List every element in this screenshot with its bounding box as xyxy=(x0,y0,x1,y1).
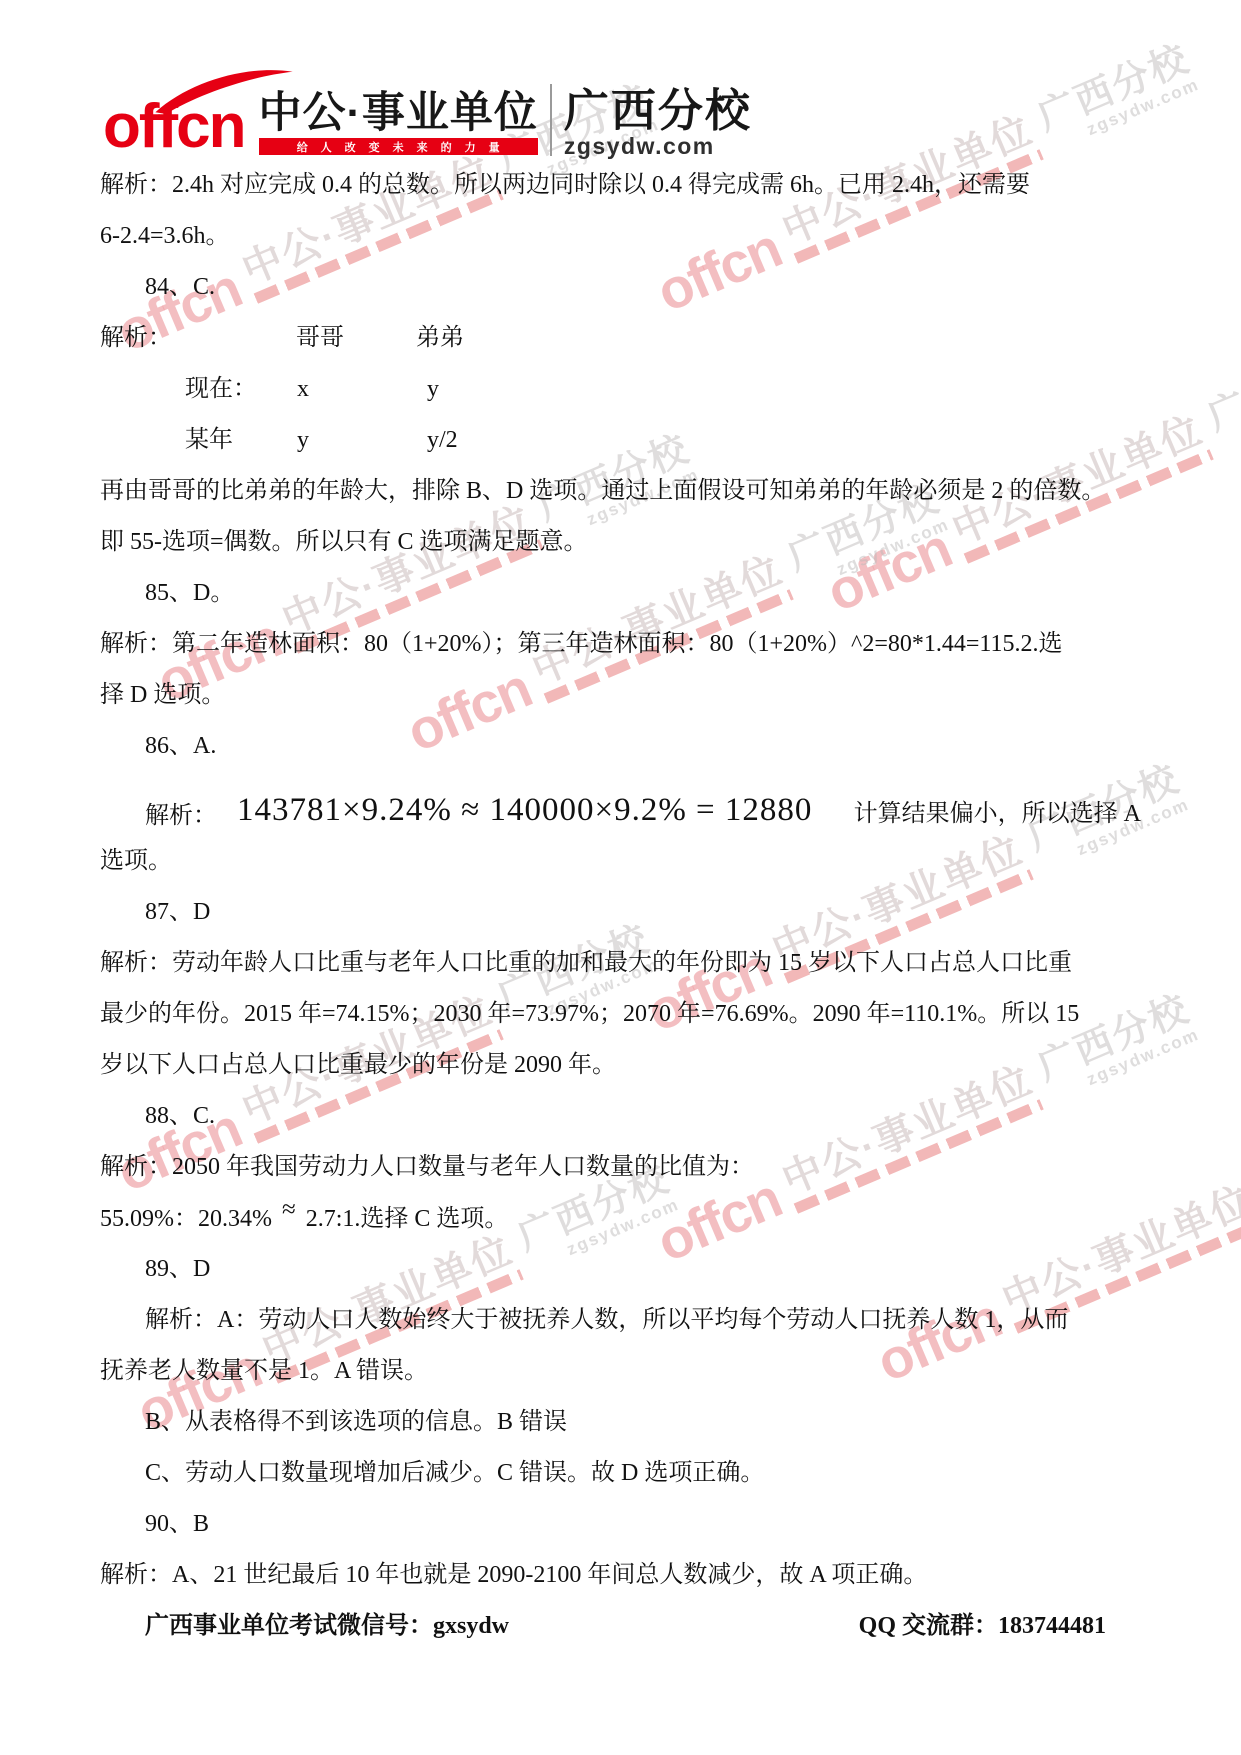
answer-89-number: 89、D xyxy=(100,1244,1141,1295)
footer-qq-group: QQ 交流群：183744481 xyxy=(859,1601,1141,1652)
answer-85-line-1: 解析：第二年造林面积：80（1+20%）；第三年造林面积：80（1+20%）^2… xyxy=(100,619,1141,670)
answer-87-line-1: 解析：劳动年龄人口比重与老年人口比重的加和最大的年份即为 15 岁以下人口占总人… xyxy=(100,938,1141,989)
answer-85-line-2: 择 D 选项。 xyxy=(100,670,1141,721)
row-value-1: y xyxy=(297,415,427,466)
answer-87-line-2: 最少的年份。2015 年=74.15%；2030 年=73.97%；2070 年… xyxy=(100,989,1141,1040)
swoosh-icon xyxy=(149,70,299,114)
logo-brand-block: 中公·事业单位 给人改变未来的力量 xyxy=(259,90,538,155)
logo-brand-text: 中公·事业单位 xyxy=(259,90,538,136)
answer-86-formula-row: 解析： 143781×9.24% ≈ 140000×9.2% = 12880 计… xyxy=(100,772,1141,836)
table-label: 解析： xyxy=(100,313,296,364)
answer-89-line-4: C、劳动人口数量现增加后减少。C 错误。故 D 选项正确。 xyxy=(100,1448,1141,1499)
offcn-wordmark: offcn xyxy=(103,78,245,158)
answer-86-line-2: 选项。 xyxy=(100,836,1141,887)
watermark-branch: 广西分校 xyxy=(1202,339,1241,438)
answer-90-line-1: 解析：A、21 世纪最后 10 年也就是 2090-2100 年间总人数减少，故… xyxy=(100,1550,1141,1601)
logo-branch-block: 广西分校 zgsydw.com xyxy=(564,88,752,158)
answer-89-line-2: 抚养老人数量不是 1。A 错误。 xyxy=(100,1346,1141,1397)
answer-83-line-1: 解析：2.4h 对应完成 0.4 的总数。所以两边同时除以 0.4 得完成需 6… xyxy=(100,160,1141,211)
formula: 143781×9.24% ≈ 140000×9.2% = 12880 xyxy=(237,788,812,832)
answer-84-table-row-someyear: 某年 y y/2 xyxy=(100,415,1141,466)
answer-84-table-row-now: 现在： x y xyxy=(100,364,1141,415)
footer-wechat-account: 广西事业单位考试微信号：gxsydw xyxy=(100,1601,509,1652)
row-value-1: x xyxy=(297,364,427,415)
logo-slogan-text: 给人改变未来的力量 xyxy=(284,139,513,155)
answer-90-number: 90、B xyxy=(100,1499,1141,1550)
table-col-younger-brother: 弟弟 xyxy=(416,313,464,364)
answer-84-line-2: 即 55-选项=偶数。所以只有 C 选项满足题意。 xyxy=(100,517,1141,568)
answer-84-table-header: 解析： 哥哥 弟弟 xyxy=(100,313,1141,364)
answer-84-line-1: 再由哥哥的比弟弟的年龄大，排除 B、D 选项。通过上面假设可知弟弟的年龄必须是 … xyxy=(100,466,1141,517)
answer-83-line-2: 6-2.4=3.6h。 xyxy=(100,211,1141,262)
answer-87-number: 87、D xyxy=(100,887,1141,938)
watermark-site: zgsydw.com xyxy=(1084,76,1202,140)
answer-88-line-1: 解析：2050 年我国劳动力人口数量与老年人口数量的比值为： xyxy=(100,1142,1141,1193)
document-page: offcn 中公·事业单位 广西分校zgsydw.com offcn 中公·事业… xyxy=(0,0,1241,1755)
answer-87-line-3: 岁以下人口占总人口比重最少的年份是 2090 年。 xyxy=(100,1040,1141,1091)
answer-89-line-1: 解析：A：劳动人口人数始终大于被抚养人数，所以平均每个劳动人口抚养人数 1，从而 xyxy=(100,1295,1141,1346)
answer-89-line-3: B、从表格得不到该选项的信息。B 错误 xyxy=(100,1397,1141,1448)
answer-85-number: 85、D。 xyxy=(100,568,1141,619)
row-label: 某年 xyxy=(185,415,297,466)
row-value-2: y xyxy=(427,364,439,415)
document-body: 解析：2.4h 对应完成 0.4 的总数。所以两边同时除以 0.4 得完成需 6… xyxy=(100,160,1141,1652)
table-col-older-brother: 哥哥 xyxy=(296,313,416,364)
ratio-right: 2.7:1.选择 C 选项。 xyxy=(306,1206,509,1232)
answer-88-number: 88、C. xyxy=(100,1091,1141,1142)
answer-84-number: 84、C. xyxy=(100,262,1141,313)
row-label: 现在： xyxy=(185,364,297,415)
analysis-label: 解析： xyxy=(100,796,217,836)
logo-slogan-banner: 给人改变未来的力量 xyxy=(259,138,538,155)
logo-divider xyxy=(550,84,552,156)
approx-symbol: ≈ xyxy=(282,1184,296,1235)
watermark-branch: 广西分校 xyxy=(1032,39,1195,138)
offcn-logo: offcn 中公·事业单位 给人改变未来的力量 广西分校 zgsydw.com xyxy=(103,78,752,158)
answer-86-number: 86、A. xyxy=(100,721,1141,772)
ratio-left: 55.09%：20.34% xyxy=(100,1206,272,1232)
answer-88-line-2: 55.09%：20.34%≈2.7:1.选择 C 选项。 xyxy=(100,1193,1141,1244)
logo-site-text: zgsydw.com xyxy=(564,134,752,158)
logo-branch-text: 广西分校 xyxy=(564,88,752,134)
page-footer: 广西事业单位考试微信号：gxsydw QQ 交流群：183744481 xyxy=(100,1601,1141,1652)
row-value-2: y/2 xyxy=(427,415,458,466)
formula-note: 计算结果偏小，所以选择 A xyxy=(854,792,1141,836)
